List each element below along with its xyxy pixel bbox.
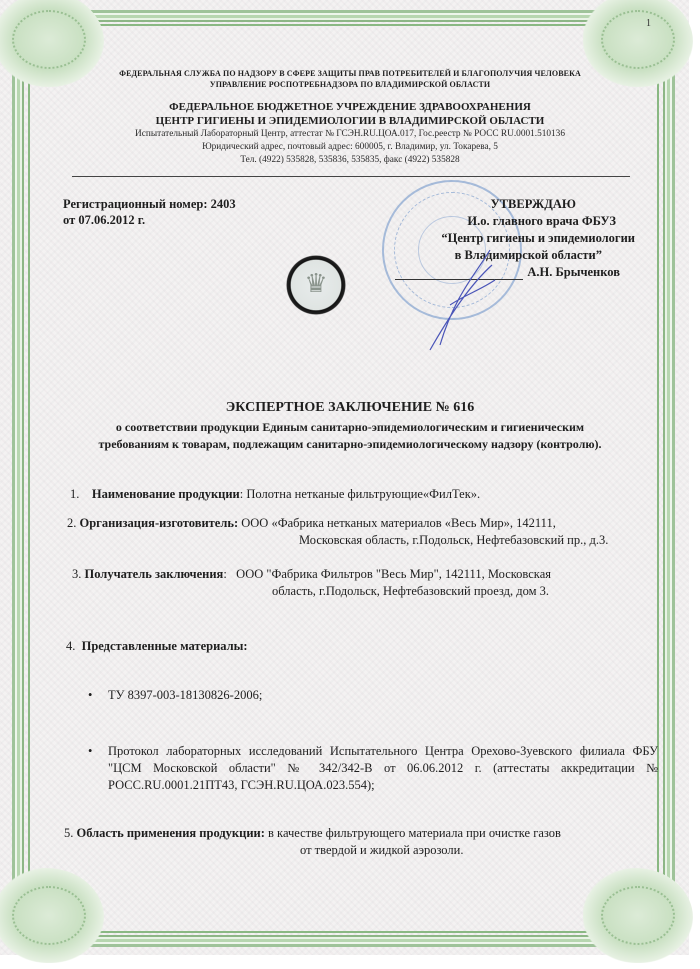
- certificate-page: 1 ФЕДЕРАЛЬНАЯ СЛУЖБА ПО НАДЗОРУ В СФЕРЕ …: [0, 0, 689, 955]
- item-application-area: 5. Область применения продукции: в качес…: [64, 825, 658, 859]
- registration-date: от 07.06.2012 г.: [63, 212, 236, 228]
- header-divider: [72, 176, 630, 177]
- page-number: 1: [646, 18, 651, 29]
- material-bullet: Протокол лабораторных исследований Испыт…: [88, 743, 658, 794]
- material-bullet: ТУ 8397-003-18130826-2006;: [88, 687, 658, 704]
- lab-accreditation: Испытательный Лабораторный Центр, аттест…: [60, 128, 640, 141]
- phone-fax: Тел. (4922) 535828, 535836, 535835, факс…: [60, 154, 640, 167]
- item-manufacturer: 2. Организация-изготовитель: ООО «Фабрик…: [67, 515, 655, 549]
- org-line-2: ЦЕНТР ГИГИЕНЫ И ЭПИДЕМИОЛОГИИ В ВЛАДИМИР…: [60, 114, 640, 128]
- item-label: Получатель заключения: [85, 567, 224, 581]
- item-product-name: 1. Наименование продукции: Полотна нетка…: [70, 486, 480, 503]
- document-title: ЭКСПЕРТНОЕ ЗАКЛЮЧЕНИЕ № 616: [40, 400, 660, 416]
- agency-header: ФЕДЕРАЛЬНАЯ СЛУЖБА ПО НАДЗОРУ В СФЕРЕ ЗА…: [60, 68, 640, 90]
- coat-of-arms-seal-icon: ♛: [284, 253, 348, 317]
- approval-title: УТВЕРЖДАЮ: [370, 196, 660, 213]
- approval-position: И.о. главного врача ФБУЗ: [370, 213, 660, 230]
- item-label: Организация-изготовитель:: [80, 516, 239, 530]
- item-recipient: 3. Получатель заключения: ООО "Фабрика Ф…: [72, 566, 657, 600]
- organization-details: Испытательный Лабораторный Центр, аттест…: [60, 128, 640, 167]
- item-label: Представленные материалы:: [82, 639, 248, 653]
- item-value: Полотна нетканые фильтрующие«ФилТек».: [246, 487, 480, 501]
- signature-icon: [420, 245, 500, 355]
- item-value-cont: от твердой и жидкой аэрозоли.: [64, 842, 658, 859]
- subtitle-line-2: требованиям к товарам, подлежащим санита…: [40, 436, 660, 453]
- subtitle-line-1: о соответствии продукции Единым санитарн…: [40, 419, 660, 436]
- item-value-cont: Московская область, г.Подольск, Нефтебаз…: [67, 532, 655, 549]
- item-label: Область применения продукции:: [77, 826, 265, 840]
- approval-org-line-2: в Владимирской области”: [370, 247, 660, 264]
- agency-line-2: УПРАВЛЕНИЕ РОСПОТРЕБНАДЗОРА ПО ВЛАДИМИРС…: [60, 79, 640, 90]
- legal-address: Юридический адрес, почтовый адрес: 60000…: [60, 141, 640, 154]
- approval-org-line-1: “Центр гигиены и эпидемиологии: [370, 230, 660, 247]
- org-line-1: ФЕДЕРАЛЬНОЕ БЮДЖЕТНОЕ УЧРЕЖДЕНИЕ ЗДРАВОО…: [60, 100, 640, 114]
- agency-line-1: ФЕДЕРАЛЬНАЯ СЛУЖБА ПО НАДЗОРУ В СФЕРЕ ЗА…: [60, 68, 640, 79]
- organization-header: ФЕДЕРАЛЬНОЕ БЮДЖЕТНОЕ УЧРЕЖДЕНИЕ ЗДРАВОО…: [60, 100, 640, 128]
- registration-number: Регистрационный номер: 2403: [63, 196, 236, 212]
- item-materials: 4. Представленные материалы:: [66, 638, 248, 655]
- approval-block: УТВЕРЖДАЮ И.о. главного врача ФБУЗ “Цент…: [370, 196, 660, 281]
- double-headed-eagle-icon: ♛: [302, 267, 330, 301]
- registration-block: Регистрационный номер: 2403 от 07.06.201…: [63, 196, 236, 228]
- item-label: Наименование продукции: [92, 487, 240, 501]
- item-value: ООО "Фабрика Фильтров "Весь Мир", 142111…: [236, 567, 551, 581]
- item-value: в качестве фильтрующего материала при оч…: [268, 826, 561, 840]
- item-value-cont: область, г.Подольск, Нефтебазовский прое…: [72, 583, 657, 600]
- corner-ornament-icon: [583, 868, 693, 963]
- document-subtitle: о соответствии продукции Единым санитарн…: [40, 419, 660, 453]
- item-value: ООО «Фабрика нетканых материалов «Весь М…: [241, 516, 556, 530]
